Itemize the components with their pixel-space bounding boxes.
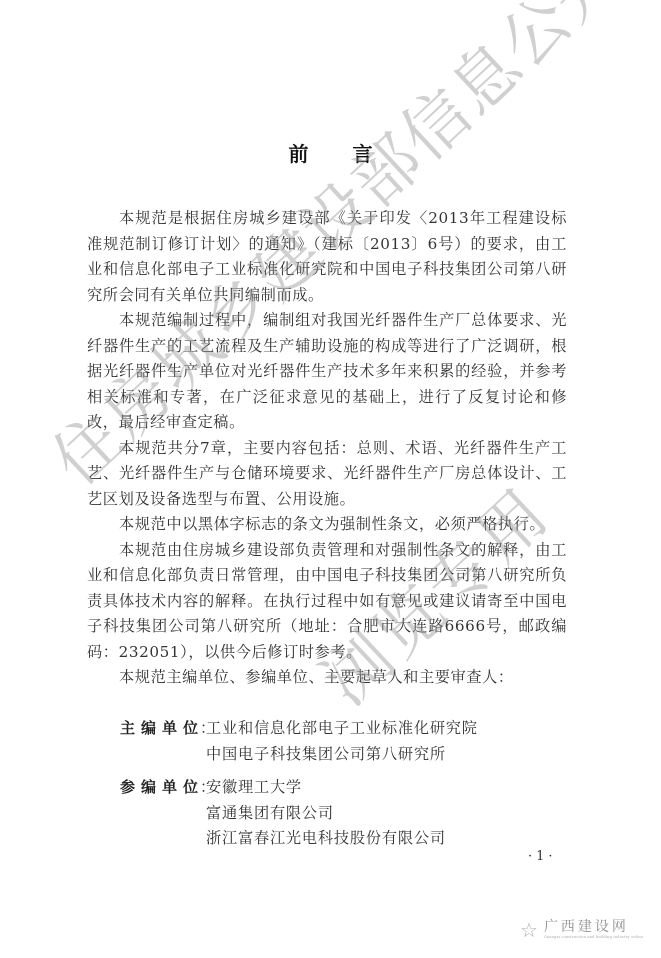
page-title: 前言 bbox=[0, 138, 661, 167]
paragraph-units-intro: 本规范主编单位、参编单位、主要起草人和主要审查人： bbox=[87, 665, 567, 691]
paragraph-management: 本规范由住房城乡建设部负责管理和对强制性条文的解释，由工业和信息化部负责日常管理… bbox=[87, 538, 567, 666]
preface-body: 本规范是根据住房城乡建设部《关于印发〈2013年工程建设标准规范制订修订计划〉的… bbox=[87, 206, 567, 691]
chief-editing-units: 主编单位 ： 工业和信息化部电子工业标准化研究院 中国电子科技集团公司第八研究所 bbox=[120, 716, 478, 767]
paragraph-mandatory: 本规范中以黑体字标志的条文为强制性条文，必须严格执行。 bbox=[87, 512, 567, 538]
unit-name: 浙江富春江光电科技股份有限公司 bbox=[206, 826, 446, 852]
paragraph-basis: 本规范是根据住房城乡建设部《关于印发〈2013年工程建设标准规范制订修订计划〉的… bbox=[87, 206, 567, 308]
page-number: ·1· bbox=[528, 849, 557, 864]
participating-units-label: 参编单位 bbox=[120, 775, 200, 852]
star-icon: ☆ bbox=[520, 918, 538, 942]
unit-name: 富通集团有限公司 bbox=[206, 801, 446, 827]
unit-name: 安徽理工大学 bbox=[206, 775, 446, 801]
document-page: 前言 本规范是根据住房城乡建设部《关于印发〈2013年工程建设标准规范制订修订计… bbox=[0, 0, 661, 958]
editing-units: 主编单位 ： 工业和信息化部电子工业标准化研究院 中国电子科技集团公司第八研究所… bbox=[120, 716, 478, 860]
unit-name: 工业和信息化部电子工业标准化研究院 bbox=[206, 716, 478, 742]
paragraph-process: 本规范编制过程中，编制组对我国光纤器件生产厂总体要求、光纤器件生产的工艺流程及生… bbox=[87, 308, 567, 436]
participating-units: 参编单位 ： 安徽理工大学 富通集团有限公司 浙江富春江光电科技股份有限公司 bbox=[120, 775, 478, 852]
unit-name: 中国电子科技集团公司第八研究所 bbox=[206, 742, 478, 768]
chief-units-label: 主编单位 bbox=[120, 716, 200, 767]
paragraph-contents: 本规范共分7章，主要内容包括：总则、术语、光纤器件生产工艺、光纤器件生产与仓储环… bbox=[87, 436, 567, 513]
logo-subtitle: Guangxi construction and building indust… bbox=[544, 936, 643, 940]
site-logo: ☆ 广西建设网 Guangxi construction and buildin… bbox=[520, 918, 643, 942]
logo-title: 广西建设网 bbox=[544, 920, 643, 934]
